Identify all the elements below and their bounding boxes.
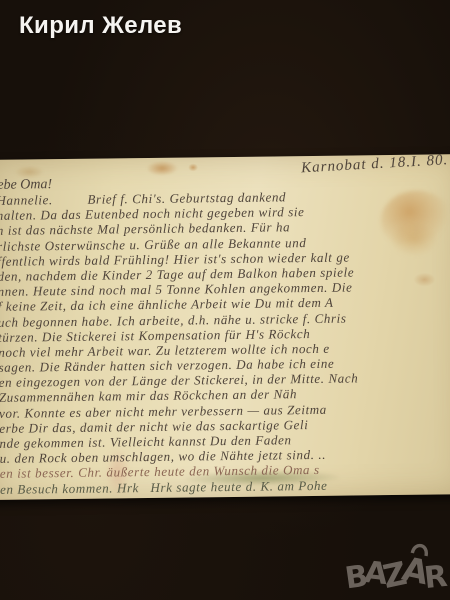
watermark-letter: R	[422, 555, 450, 600]
seller-name-overlay: Кирил Желев	[19, 12, 182, 41]
paper-stain	[146, 161, 178, 176]
listing-photo: Кирил Желев Karnobat d. 18.I. 80. ebe Om…	[0, 0, 450, 600]
postcard-photo: Karnobat d. 18.I. 80. ebe Oma! Hannelie.…	[0, 154, 450, 500]
bazar-watermark: BAZAR	[347, 552, 445, 600]
paper-stain	[188, 163, 198, 171]
postcard-date: Karnobat d. 18.I. 80.	[300, 152, 448, 177]
postcard-text: Hannelie. Brief f. Chi's. Geburtstag dan…	[0, 187, 450, 496]
